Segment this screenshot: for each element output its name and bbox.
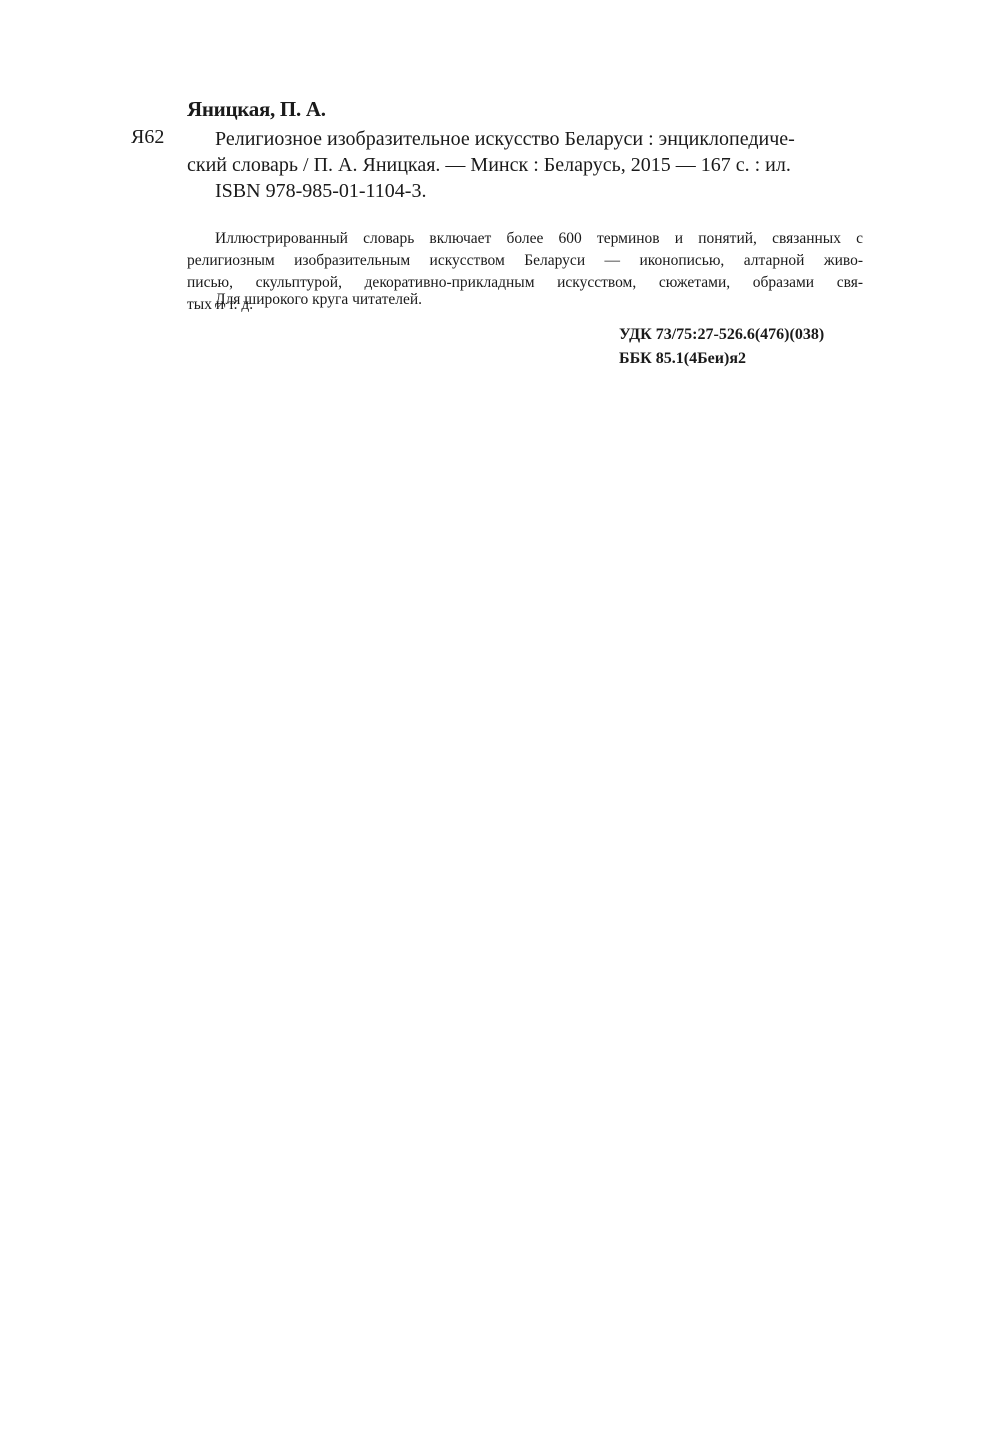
author-heading: Яницкая, П. А. — [187, 97, 326, 122]
author-sign: Я62 — [131, 126, 164, 149]
title-line: Религиозное изобразительное искусство Бе… — [215, 126, 865, 152]
annotation-line: религиозным изобразительным искусством Б… — [187, 250, 863, 272]
bibliographic-description: Религиозное изобразительное искусство Бе… — [215, 126, 865, 204]
bbk-index: ББК 85.1(4Беи)я2 — [619, 350, 746, 368]
audience-note: Для широкого круга читателей. — [215, 291, 422, 309]
isbn: ISBN 978-985-01-1104-3. — [215, 178, 865, 204]
title-line: ский словарь / П. А. Яницкая. — Минск : … — [187, 152, 865, 178]
annotation-line: Иллюстрированный словарь включает более … — [187, 228, 863, 250]
udk-index: УДК 73/75:27-526.6(476)(038) — [619, 326, 824, 344]
